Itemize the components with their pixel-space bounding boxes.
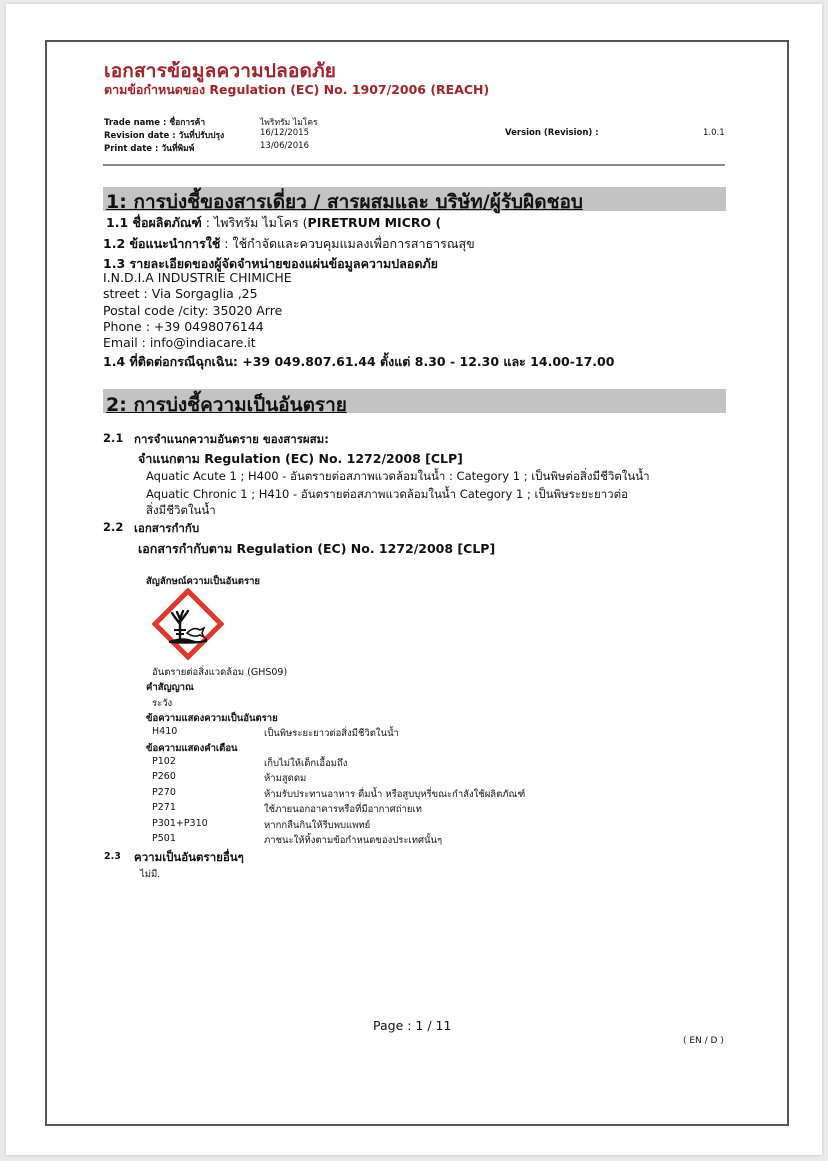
- item-1-1: 1.1 ชื่อผลิตภัณฑ์ : ไพริทรัม ไมโคร (PIRE…: [106, 213, 441, 233]
- item-2-3-number: 2.3: [104, 851, 121, 862]
- classification-line: Aquatic Chronic 1 ; H410 - อันตรายต่อสภา…: [146, 486, 628, 504]
- company-name: I.N.D.I.A INDUSTRIE CHIMICHE: [103, 270, 292, 285]
- item-1-4-emergency: 1.4 ที่ติดต่อกรณีฉุกเฉิน: +39 049.807.61…: [103, 352, 614, 372]
- pictogram-caption: อันตรายต่อสิ่งแวดล้อม (GHS09): [152, 665, 287, 680]
- header-divider: [103, 164, 725, 166]
- precaution-text: ภาชนะให้ทิ้งตามข้อกำหนดของประเทศนั้นๆ: [264, 833, 442, 848]
- document-page: [6, 4, 822, 1155]
- precaution-code: P301+P310: [152, 818, 208, 829]
- hazard-code: H410: [152, 726, 177, 737]
- classification-line: สิ่งมีชีวิตในน้ำ: [146, 502, 216, 520]
- section-2-heading: 2: การบ่งชี้ความเป็นอันตราย: [106, 390, 347, 420]
- language-code: ( EN / D ): [683, 1036, 724, 1046]
- version-value: 1.0.1: [703, 128, 725, 138]
- version-label: Version (Revision) :: [505, 128, 599, 138]
- company-street: street : Via Sorgaglia ,25: [103, 286, 258, 301]
- page-number: Page : 1 / 11: [373, 1018, 451, 1033]
- trade-name-label: Trade name : ชื่อการค้า: [104, 115, 205, 129]
- pictogram-heading: สัญลักษณ์ความเป็นอันตราย: [146, 574, 260, 589]
- section-1-title: การบ่งชี้ของสารเดี่ยว / สารผสมและ บริษัท…: [133, 191, 583, 213]
- item-2-2-number: 2.2: [103, 520, 123, 534]
- company-phone: Phone : +39 0498076144: [103, 319, 264, 334]
- section-2-number: 2:: [106, 394, 127, 416]
- print-date-value: 13/06/2016: [260, 141, 309, 151]
- item-1-2: 1.2 ข้อแนะนำการใช้ : ใช้กำจัดและควบคุมแม…: [103, 234, 475, 254]
- item-2-1-label: การจำแนกความอันตราย ของสารผสม:: [134, 431, 329, 449]
- trade-name-value: ไพริทรัม ไมโคร: [260, 115, 318, 129]
- precaution-text: เก็บไม่ให้เด็กเอื้อมถึง: [264, 756, 347, 771]
- ghs09-environment-icon: [152, 588, 224, 660]
- revision-date-value: 16/12/2015: [260, 128, 309, 138]
- item-1-2-value: : ใช้กำจัดและควบคุมแมลงเพื่อการสาธารณสุข: [220, 236, 474, 251]
- precaution-code: P102: [152, 756, 176, 767]
- section-2-title: การบ่งชี้ความเป็นอันตราย: [133, 394, 346, 416]
- item-2-3-value: ไม่มี.: [140, 867, 160, 882]
- item-1-2-label: 1.2 ข้อแนะนำการใช้: [103, 236, 220, 251]
- item-2-1-number: 2.1: [103, 431, 123, 445]
- item-1-1-value: PIRETRUM MICRO (: [308, 215, 442, 230]
- item-1-1-sep: : ไพริทรัม ไมโคร (: [202, 215, 308, 230]
- hazard-statements-heading: ข้อความแสดงความเป็นอันตราย: [146, 711, 278, 726]
- signal-word-heading: คำสัญญาณ: [146, 680, 194, 695]
- item-1-1-label: 1.1 ชื่อผลิตภัณฑ์: [106, 215, 202, 230]
- item-2-2-regulation: เอกสารกำกับตาม Regulation (EC) No. 1272/…: [138, 539, 495, 559]
- precaution-text: ห้ามรับประทานอาหาร ดื่มน้ำ หรือสูบบุหรี่…: [264, 787, 525, 802]
- precaution-code: P501: [152, 833, 176, 844]
- signal-word: ระวัง: [152, 696, 172, 711]
- hazard-text: เป็นพิษระยะยาวต่อสิ่งมีชีวิตในน้ำ: [264, 726, 399, 741]
- item-2-3-label: ความเป็นอันตรายอื่นๆ: [134, 849, 244, 867]
- precaution-text: หากกลืนกินให้รีบพบแพทย์: [264, 818, 370, 833]
- document-subtitle: ตามข้อกำหนดของ Regulation (EC) No. 1907/…: [104, 80, 489, 100]
- item-2-1-regulation: จำแนกตาม Regulation (EC) No. 1272/2008 […: [138, 449, 463, 469]
- print-date-label: Print date : วันที่พิมพ์: [104, 141, 194, 155]
- classification-line: Aquatic Acute 1 ; H400 - อันตรายต่อสภาพแ…: [146, 468, 650, 486]
- precautionary-statements-heading: ข้อความแสดงคำเตือน: [146, 741, 238, 756]
- precaution-text: ใช้ภายนอกอาคารหรือที่มีอากาศถ่ายเท: [264, 802, 422, 817]
- company-postal: Postal code /city: 35020 Arre: [103, 303, 282, 318]
- revision-date-label: Revision date : วันที่ปรับปรุง: [104, 128, 224, 142]
- precaution-code: P270: [152, 787, 176, 798]
- precaution-text: ห้ามสูดดม: [264, 771, 306, 786]
- company-email: Email : info@indiacare.it: [103, 335, 256, 350]
- precaution-code: P271: [152, 802, 176, 813]
- section-1-number: 1:: [106, 191, 127, 213]
- precaution-code: P260: [152, 771, 176, 782]
- item-2-2-label: เอกสารกำกับ: [134, 520, 199, 538]
